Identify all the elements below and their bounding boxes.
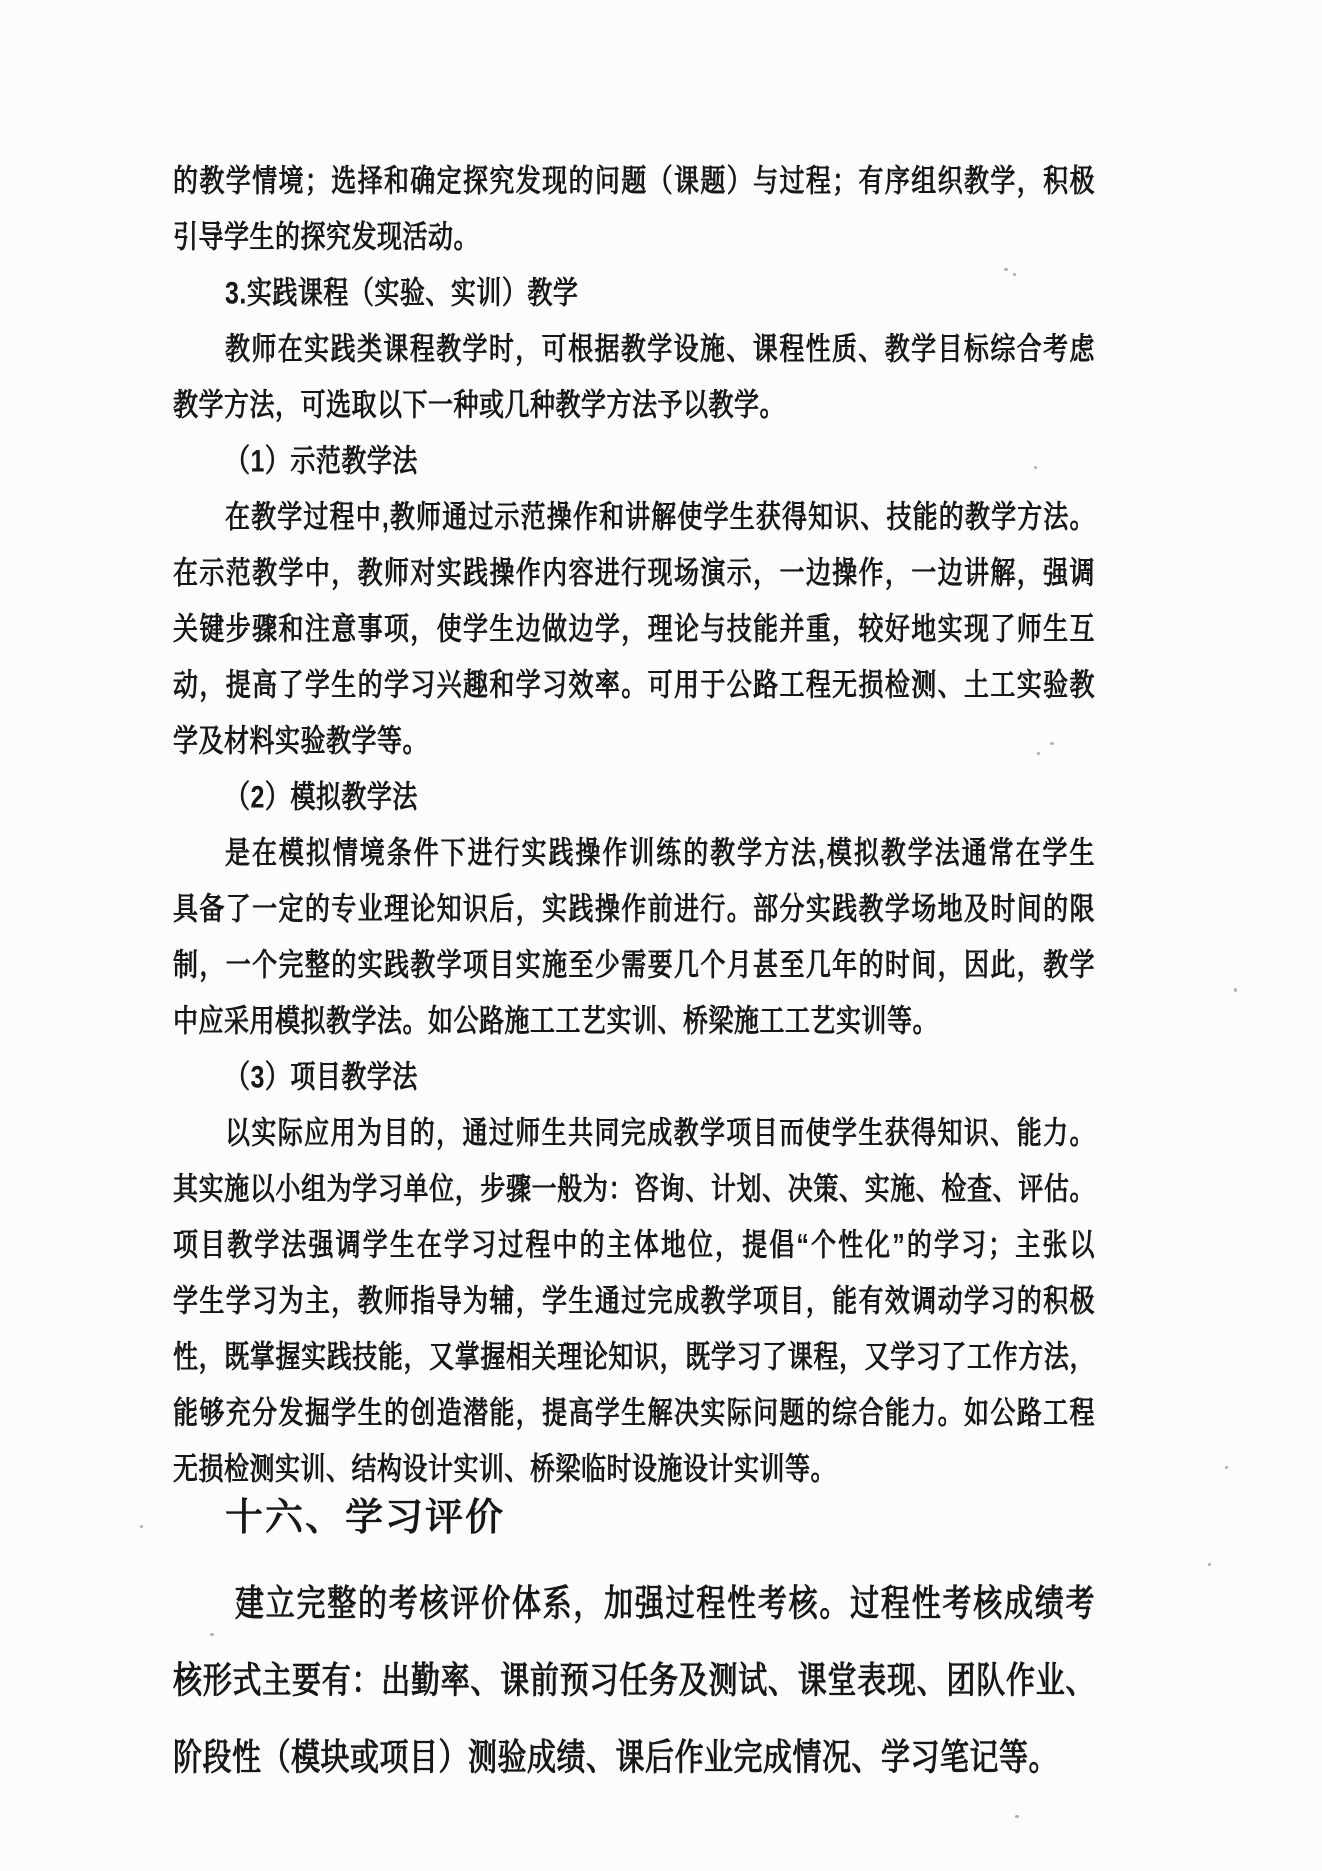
doc-line: 制，一个完整的实践教学项目实施至少需要几个月甚至几年的时间，因此，教学 [173, 948, 1095, 984]
scan-speck [1050, 742, 1054, 745]
doc-line: 教师在实践类课程教学时，可根据教学设施、课程性质、教学目标综合考虑 [173, 332, 1095, 368]
doc-line: 其实施以小组为学习单位，步骤一般为：咨询、计划、决策、实施、检查、评估。 [173, 1172, 1095, 1208]
scan-speck [1075, 1295, 1079, 1299]
doc-line: 是在模拟情境条件下进行实践操作训练的教学方法,模拟教学法通常在学生 [173, 836, 1095, 872]
scan-speck [1034, 466, 1037, 469]
doc-line: 关键步骤和注意事项，使学生边做边学，理论与技能并重，较好地实现了师生互 [173, 612, 1095, 648]
doc-line: 教学方法，可选取以下一种或几种教学方法予以教学。 [173, 388, 1095, 424]
section-heading: 十六、学习评价 [225, 1498, 505, 1540]
scan-speck [880, 622, 883, 625]
doc-line: 引导学生的探究发现活动。 [173, 220, 1095, 256]
scan-speck [1208, 1563, 1211, 1566]
doc-line: 在教学过程中,教师通过示范操作和讲解使学生获得知识、技能的教学方法。 [173, 500, 1095, 536]
doc-line: 具备了一定的专业理论知识后，实践操作前进行。部分实践教学场地及时间的限 [173, 892, 1095, 928]
scan-speck [1037, 752, 1040, 755]
scan-speck [140, 1525, 143, 1528]
doc-line: 性，既掌握实践技能，又掌握相关理论知识，既学习了课程，又学习了工作方法， [173, 1340, 1095, 1376]
scan-speck [1013, 273, 1016, 276]
doc-line: 在示范教学中，教师对实践操作内容进行现场演示，一边操作，一边讲解，强调 [173, 556, 1095, 592]
doc-line: 动，提高了学生的学习兴趣和学习效率。可用于公路工程无损检测、土工实验教 [173, 668, 1095, 704]
doc-line: 中应采用模拟教学法。如公路施工工艺实训、桥梁施工工艺实训等。 [173, 1004, 1095, 1040]
doc-line: 核形式主要有：出勤率、课前预习任务及测试、课堂表现、团队作业、 [173, 1661, 1095, 1703]
text-column: 的教学情境；选择和确定探究发现的问题（课题）与过程；有序组织教学，积极 引导学生… [173, 0, 1095, 1871]
document-page: 的教学情境；选择和确定探究发现的问题（课题）与过程；有序组织教学，积极 引导学生… [0, 0, 1322, 1871]
scan-speck [1234, 988, 1237, 992]
doc-line: （3）项目教学法 [173, 1060, 1095, 1096]
doc-line: 学及材料实验教学等。 [173, 724, 1095, 760]
doc-line: 能够充分发掘学生的创造潜能，提高学生解决实际问题的综合能力。如公路工程 [173, 1396, 1095, 1432]
doc-line: 建立完整的考核评价体系，加强过程性考核。过程性考核成绩考 [173, 1584, 1095, 1626]
scan-speck [1225, 1466, 1228, 1469]
doc-line: 以实际应用为目的，通过师生共同完成教学项目而使学生获得知识、能力。 [173, 1116, 1095, 1152]
scan-speck [1004, 268, 1008, 271]
doc-line: 的教学情境；选择和确定探究发现的问题（课题）与过程；有序组织教学，积极 [173, 164, 1095, 200]
scan-speck [210, 1633, 214, 1636]
doc-line: （1）示范教学法 [173, 444, 1095, 480]
doc-line: 阶段性（模块或项目）测验成绩、课后作业完成情况、学习笔记等。 [173, 1738, 1095, 1780]
doc-line: 项目教学法强调学生在学习过程中的主体地位，提倡“个性化”的学习；主张以 [173, 1228, 1095, 1264]
doc-line: 无损检测实训、结构设计实训、桥梁临时设施设计实训等。 [173, 1452, 1095, 1488]
doc-line: （2）模拟教学法 [173, 780, 1095, 816]
doc-line: 3.实践课程（实验、实训）教学 [173, 276, 1095, 312]
scan-speck [1015, 1815, 1019, 1818]
doc-line: 学生学习为主，教师指导为辅，学生通过完成教学项目，能有效调动学习的积极 [173, 1284, 1095, 1320]
